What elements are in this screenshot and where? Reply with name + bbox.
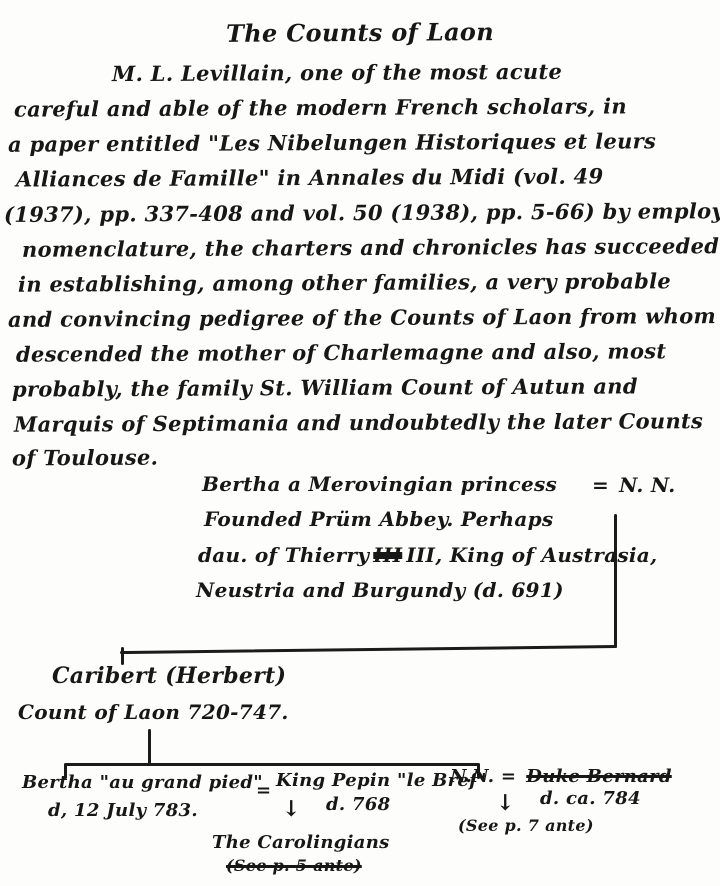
gen1-husband-name: N. N. bbox=[619, 473, 675, 497]
gen3-right-prefix: N.N. = bbox=[450, 766, 516, 787]
gen3-right-descent-arrow-icon: ↓ bbox=[496, 790, 515, 816]
gen1-wife-note-2-suffix: III, King of Austrasia, bbox=[406, 543, 657, 567]
paragraph-line: careful and able of the modern French sc… bbox=[14, 93, 627, 121]
gen3-left-death: d, 12 July 783. bbox=[48, 800, 198, 821]
paragraph-line: (1937), pp. 337-408 and vol. 50 (1938), … bbox=[4, 198, 720, 227]
gen2-title: Count of Laon 720-747. bbox=[18, 700, 289, 724]
tree-line-gen1-descent bbox=[614, 514, 617, 648]
gen3-right-name: Duke Bernard bbox=[526, 766, 671, 787]
paragraph-line: probably, the family St. William Count o… bbox=[12, 373, 638, 401]
gen3-right-note: (See p. 7 ante) bbox=[458, 816, 594, 835]
gen1-wife-name: Bertha a Merovingian princess bbox=[202, 472, 557, 496]
paragraph-line: M. L. Levillain, one of the most acute bbox=[112, 59, 562, 86]
gen3-middle-death: d. 768 bbox=[326, 794, 391, 815]
gen3-left-name: Bertha "au grand pied" bbox=[22, 772, 263, 793]
gen1-wife-note-2-prefix: dau. of Thierry bbox=[198, 543, 369, 567]
gen3-middle-note-1: The Carolingians bbox=[212, 832, 390, 853]
tree-line-gen3-horizontal bbox=[64, 763, 480, 766]
paragraph-line: Alliances de Famille" in Annales du Midi… bbox=[16, 163, 604, 191]
page-title: The Counts of Laon bbox=[0, 15, 720, 49]
gen1-wife-note-1: Founded Prüm Abbey. Perhaps bbox=[204, 507, 554, 531]
tree-line-gen1-horizontal bbox=[120, 645, 617, 654]
gen3-middle-note-2: (See p. 5 ante) bbox=[226, 856, 362, 875]
gen3-middle-descent-arrow-icon: ↓ bbox=[282, 796, 301, 822]
paragraph-line: nomenclature, the charters and chronicle… bbox=[22, 233, 719, 262]
tree-line-gen2-descent bbox=[148, 729, 151, 765]
gen3-middle-equals: = bbox=[256, 780, 271, 801]
gen3-right-death: d. ca. 784 bbox=[540, 788, 641, 809]
paragraph-line: of Toulouse. bbox=[12, 445, 158, 471]
gen2-name: Caribert (Herbert) bbox=[52, 663, 286, 689]
gen1-wife-note-3: Neustria and Burgundy (d. 691) bbox=[196, 578, 564, 602]
paragraph-line: descended the mother of Charlemagne and … bbox=[16, 338, 666, 366]
gen1-husband-block: = N. N. bbox=[592, 473, 675, 497]
gen3-right-names: N.N. = Duke Bernard bbox=[450, 766, 672, 787]
paragraph-line: Marquis of Septimania and undoubtedly th… bbox=[14, 408, 703, 437]
paragraph-line: in establishing, among other families, a… bbox=[18, 268, 671, 296]
paragraph-line: a paper entitled "Les Nibelungen Histori… bbox=[8, 128, 656, 156]
manuscript-page: The Counts of Laon M. L. Levillain, one … bbox=[0, 0, 720, 886]
paragraph-line: and convincing pedigree of the Counts of… bbox=[8, 303, 716, 332]
gen1-struck-numeral: III bbox=[373, 543, 402, 567]
gen1-marriage-equals: = bbox=[592, 473, 609, 497]
gen1-wife-note-2: dau. of ThierryIIIIII, King of Austrasia… bbox=[198, 543, 657, 567]
